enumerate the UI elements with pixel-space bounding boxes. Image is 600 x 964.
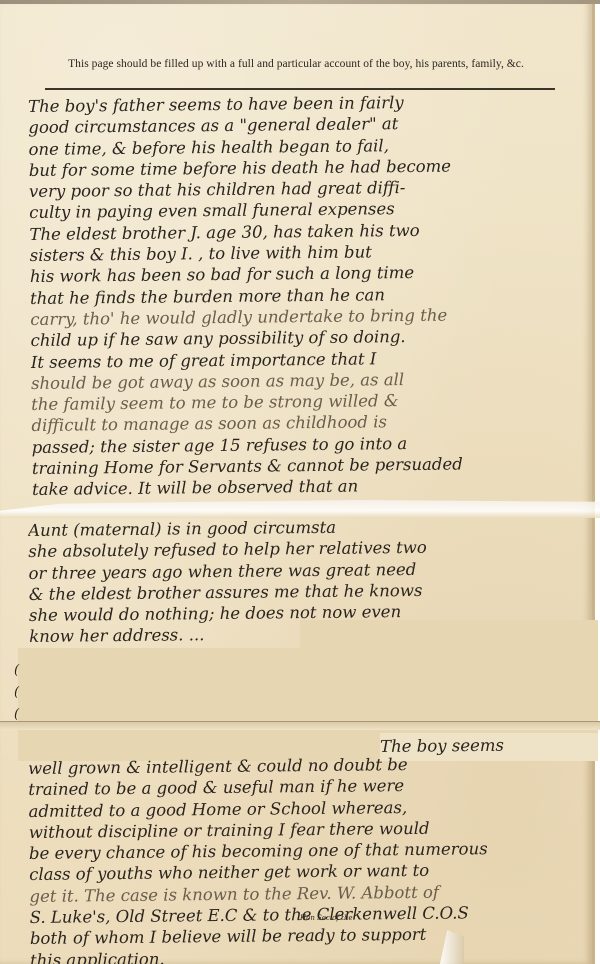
heading-rule — [45, 88, 555, 90]
margin-mark: ( — [14, 704, 19, 726]
margin-mark: ( — [14, 660, 19, 682]
redaction-block — [300, 620, 598, 648]
handwritten-paragraph-3: well grown & intelligent & could no doub… — [28, 752, 590, 964]
page-top-edge — [0, 0, 600, 4]
printed-heading: This page should be filled up with a ful… — [0, 58, 592, 70]
handwritten-paragraph-1: The boy's father seems to have been in f… — [28, 90, 592, 500]
margin-mark: ( — [14, 682, 19, 704]
interlinear-insertion: Hon Sec of the — [300, 914, 353, 922]
margin-marks: ( ( ( — [14, 660, 19, 726]
paper-fold — [0, 721, 600, 730]
